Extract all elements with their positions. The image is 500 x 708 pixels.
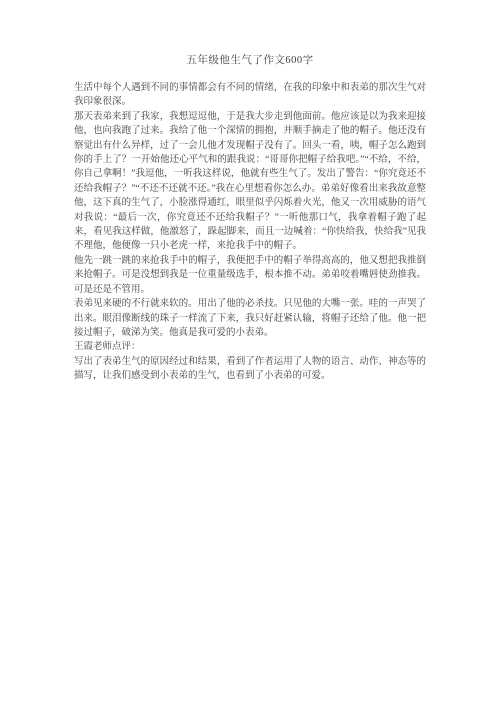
essay-body-paragraph-3: 表弟见来硬的不行就来软的。用出了他的必杀技。只见他的大嘴一张。哇的一声哭了出来。… — [74, 297, 426, 340]
document-title: 五年级他生气了作文600字 — [0, 0, 500, 68]
essay-body-paragraph-2: 他先一跳一跳的来抢我手中的帽子，我便把手中的帽子举得高高的，他又想把我推倒来抢帽… — [74, 254, 426, 297]
teacher-comment-label: 王霞老师点评： — [74, 340, 426, 354]
document-page: 五年级他生气了作文600字 生活中每个人遇到不同的事情都会有不同的情绪，在我的印… — [0, 0, 500, 708]
essay-body-paragraph-1: 那天表弟来到了我家，我想逗逗他，于是我大步走到他面前。他应该是以为我来迎接他，也… — [74, 110, 426, 254]
teacher-comment-text: 写出了表弟生气的原因经过和结果，看到了作者运用了人物的语言、动作、神态等的描写，… — [74, 355, 426, 384]
essay-intro-paragraph: 生活中每个人遇到不同的事情都会有不同的情绪，在我的印象中和表弟的那次生气对我印象… — [74, 81, 426, 110]
document-body: 生活中每个人遇到不同的事情都会有不同的情绪，在我的印象中和表弟的那次生气对我印象… — [74, 81, 426, 384]
